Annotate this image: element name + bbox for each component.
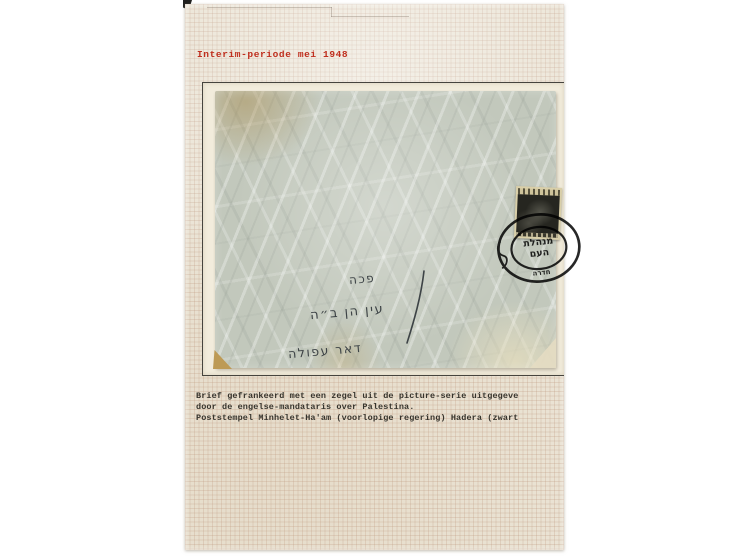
- album-page: Interim-periode mei 1948 פכה עין הן ב״ה …: [185, 4, 564, 550]
- page-top-edge-line: [207, 7, 332, 8]
- caption-line-2: door de engelse-mandataris over Palestin…: [196, 402, 563, 413]
- typed-caption: Brief gefrankeerd met een zegel uit de p…: [196, 391, 563, 423]
- page-title: Interim-periode mei 1948: [197, 49, 348, 60]
- handwritten-address-line-1: פכה: [348, 271, 375, 287]
- handwriting-stroke: [405, 269, 427, 347]
- postmark-cancel: מנהלת העם חדרה: [489, 205, 589, 292]
- caption-line-1: Brief gefrankeerd met een zegel uit de p…: [196, 391, 563, 402]
- postmark-text-line2: העם: [529, 247, 550, 260]
- postmark-town: חדרה: [532, 268, 551, 278]
- handwritten-address-line-3: דאר עפולה: [287, 340, 362, 361]
- page-top-edge-line: [331, 16, 409, 17]
- photographed-album-page: Interim-periode mei 1948 פכה עין הן ב״ה …: [0, 0, 740, 557]
- envelope: פכה עין הן ב״ה דאר עפולה מנהלת העם חדרה: [215, 91, 556, 368]
- handwritten-address-line-2: עין הן ב״ה: [309, 302, 384, 323]
- caption-line-3: Poststempel Minhelet-Ha'am (voorlopige r…: [196, 413, 563, 424]
